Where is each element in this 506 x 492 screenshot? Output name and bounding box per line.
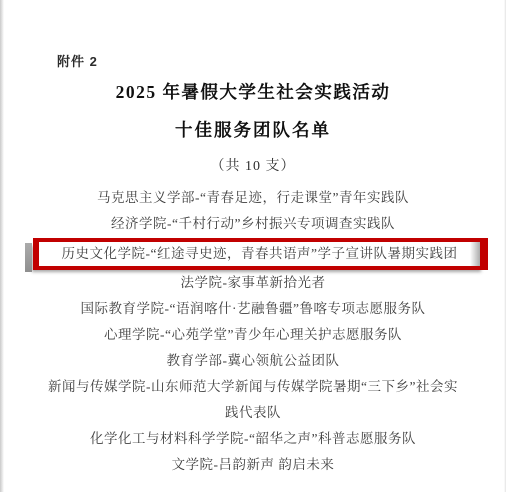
team-row: 法学院-家事革新拾光者 [0,270,506,296]
document-content: 附件 2 2025 年暑假大学生社会实践活动 十佳服务团队名单 （共 10 支）… [0,0,506,478]
attachment-label: 附件 2 [57,53,506,70]
red-highlight-box: 历史文化学院-“红途寻史迹，青春共语声”学子宣讲队暑期实践团 [33,238,488,270]
highlighted-team-name: 历史文化学院-“红途寻史迹，青春共语声”学子宣讲队暑期实践团 [39,242,480,266]
team-row: 化学化工与材料科学学院-“韶华之声”科普志愿服务队 [0,426,506,452]
team-row: 新闻与传媒学院-山东师范大学新闻与传媒学院暑期“三下乡”社会实践代表队 [47,374,459,426]
team-count-note: （共 10 支） [0,158,506,176]
team-row: 马克思主义学部-“青春足迹，行走课堂”青年实践队 [0,185,506,211]
document-page: 附件 2 2025 年暑假大学生社会实践活动 十佳服务团队名单 （共 10 支）… [0,0,506,492]
team-list: 马克思主义学部-“青春足迹，行走课堂”青年实践队 经济学院-“千村行动”乡村振兴… [0,185,506,478]
document-title-line1: 2025 年暑假大学生社会实践活动 [0,81,506,103]
team-row: 经济学院-“千村行动”乡村振兴专项调查实践队 [0,211,506,237]
team-row: 国际教育学院-“语润喀什·艺融鲁疆”鲁喀专项志愿服务队 [0,296,506,322]
team-row: 心理学院-“心苑学堂”青少年心理关护志愿服务队 [0,322,506,348]
team-row: 文学院-吕韵新声 韵启未来 [0,452,506,478]
team-row: 教育学部-冀心领航公益团队 [0,348,506,374]
document-title-line2: 十佳服务团队名单 [0,119,506,141]
highlighted-team-row: 历史文化学院-“红途寻史迹，青春共语声”学子宣讲队暑期实践团 [33,238,488,270]
